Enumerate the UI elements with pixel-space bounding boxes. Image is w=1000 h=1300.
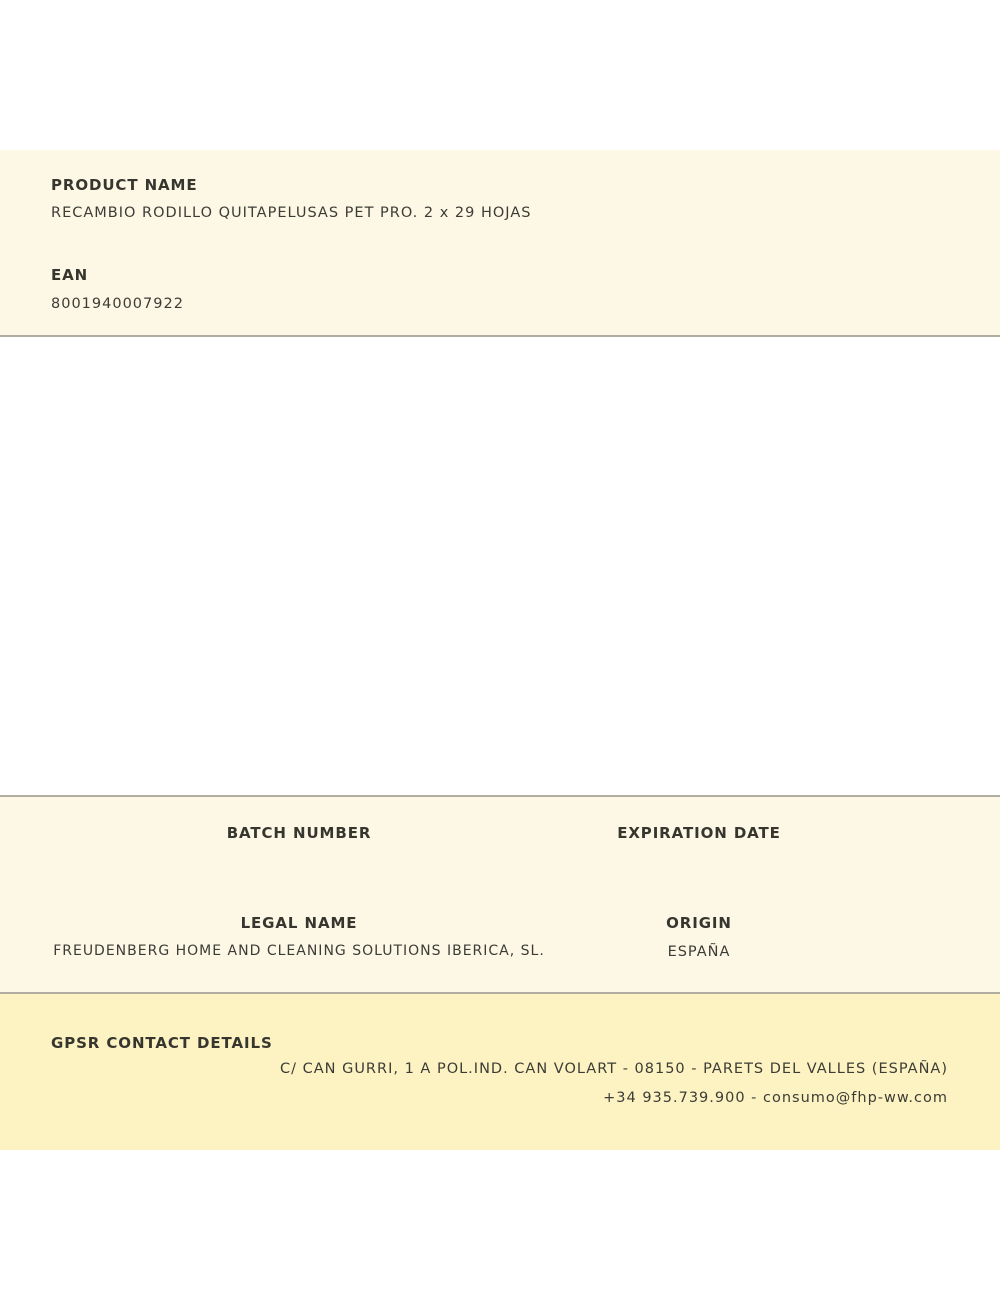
ean-value: 8001940007922 — [51, 296, 184, 312]
gpsr-contact-panel: GPSR CONTACT DETAILS C/ CAN GURRI, 1 A P… — [0, 994, 1000, 1150]
origin-value: ESPAÑA — [668, 944, 731, 960]
ean-label: EAN — [51, 266, 88, 284]
expiration-date-label: EXPIRATION DATE — [617, 824, 781, 842]
batch-info-panel: BATCH NUMBER EXPIRATION DATE LEGAL NAME … — [0, 795, 1000, 994]
batch-number-label: BATCH NUMBER — [227, 824, 372, 842]
product-name-label: PRODUCT NAME — [51, 176, 198, 194]
product-info-panel: PRODUCT NAME RECAMBIO RODILLO QUITAPELUS… — [0, 150, 1000, 337]
origin-label: ORIGIN — [666, 914, 732, 932]
gpsr-address: C/ CAN GURRI, 1 A POL.IND. CAN VOLART - … — [280, 1061, 948, 1077]
gpsr-contact-label: GPSR CONTACT DETAILS — [51, 1034, 273, 1052]
gpsr-phone-email: +34 935.739.900 - consumo@fhp-ww.com — [603, 1090, 948, 1106]
legal-name-label: LEGAL NAME — [241, 914, 358, 932]
product-name-value: RECAMBIO RODILLO QUITAPELUSAS PET PRO. 2… — [51, 205, 531, 221]
legal-name-value: FREUDENBERG HOME AND CLEANING SOLUTIONS … — [53, 943, 545, 959]
